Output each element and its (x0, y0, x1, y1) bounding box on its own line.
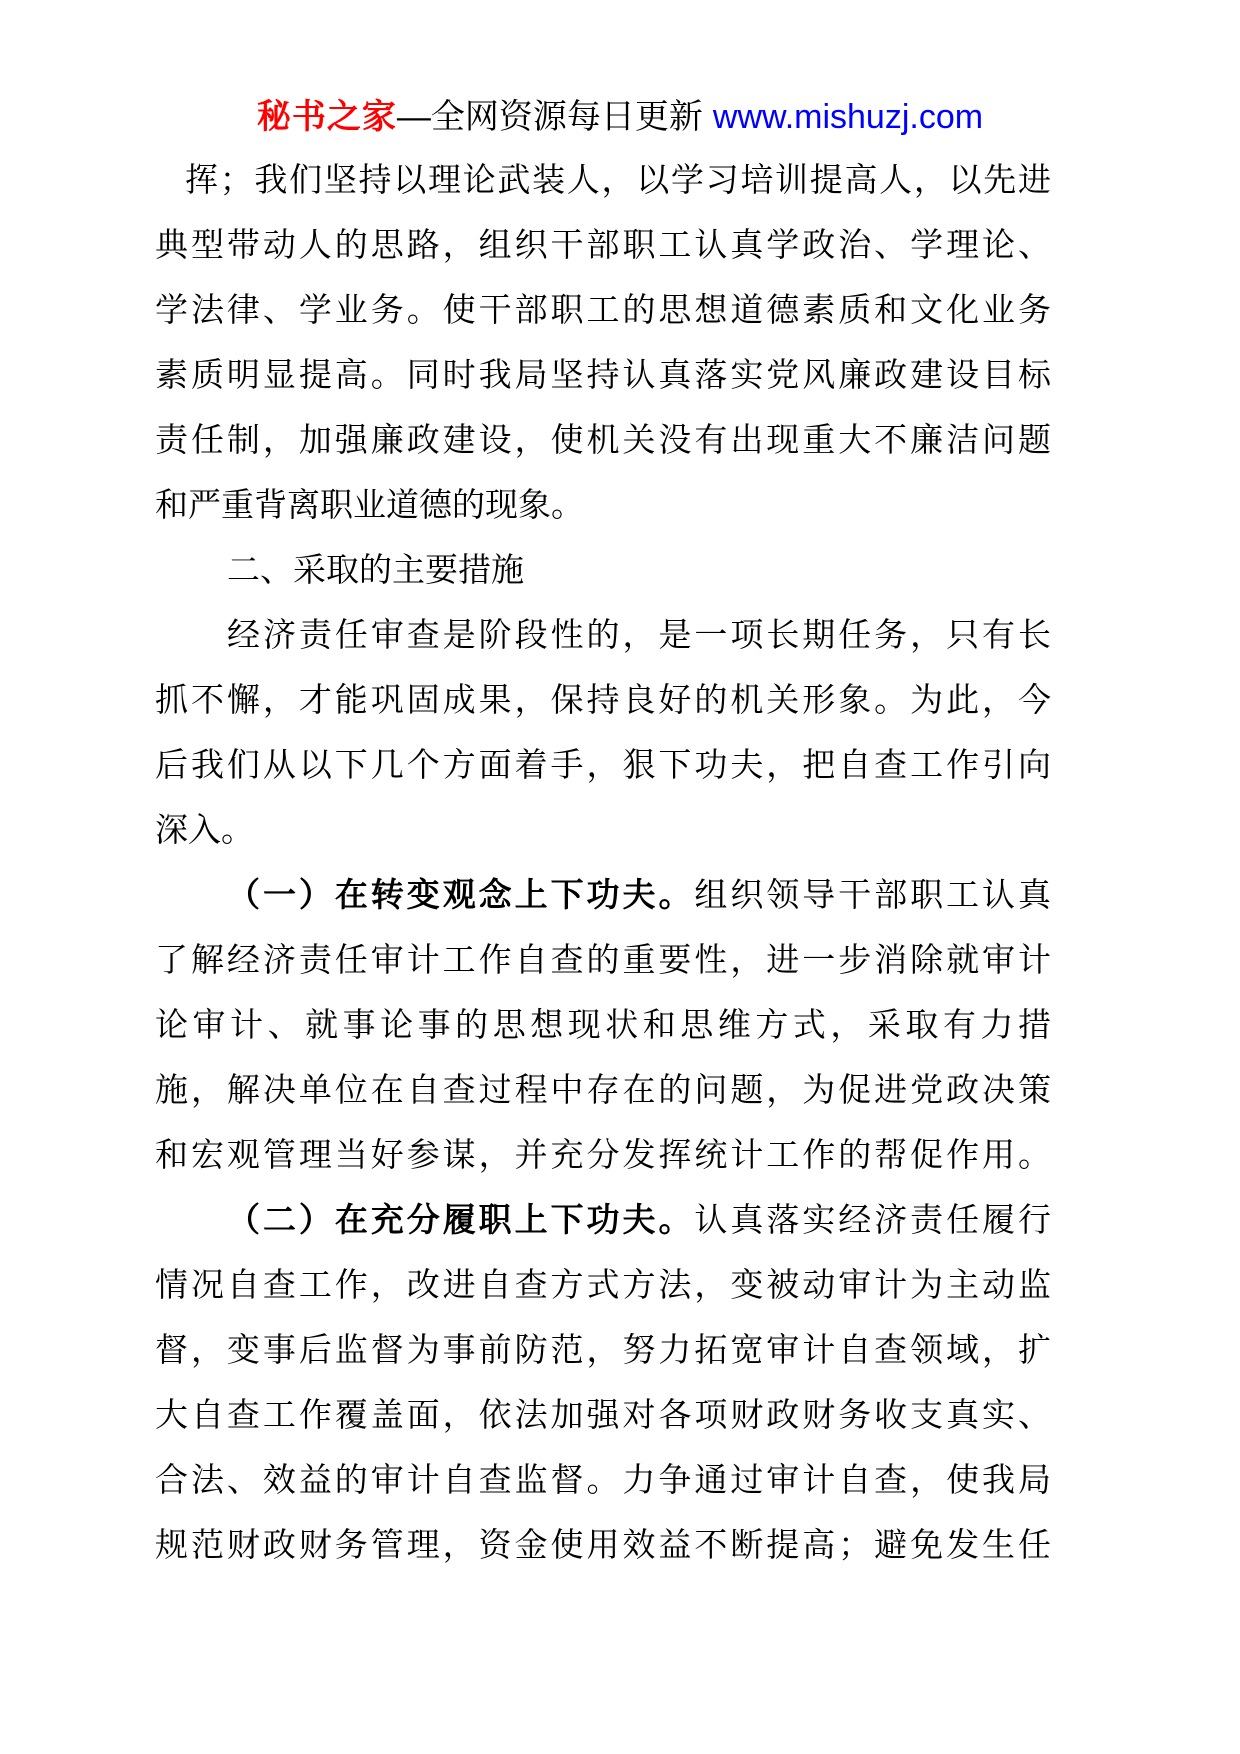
text-line: 二、采取的主要措施 (155, 537, 1051, 602)
body-text: 大自查工作覆盖面，依法加强对各项财政财务收支真实、 (155, 1396, 1051, 1433)
page-header: 秘书之家—全网资源每日更新www.mishuzj.com (0, 94, 1240, 140)
body-text: 深入。 (155, 811, 254, 848)
text-line: 论审计、就事论事的思想现状和思维方式，采取有力措 (155, 992, 1051, 1057)
text-line: 素质明显提高。同时我局坚持认真落实党风廉政建设目标 (155, 342, 1051, 407)
body-text: 施，解决单位在自查过程中存在的问题，为促进党政决策 (155, 1071, 1051, 1108)
body-text: 认真落实经济责任履行 (694, 1201, 1051, 1238)
text-line: 大自查工作覆盖面，依法加强对各项财政财务收支真实、 (155, 1382, 1051, 1447)
body-text: 情况自查工作，改进自查方式方法，变被动审计为主动监 (155, 1266, 1051, 1303)
text-line: 后我们从以下几个方面着手，狠下功夫，把自查工作引向 (155, 732, 1051, 797)
text-line: 情况自查工作，改进自查方式方法，变被动审计为主动监 (155, 1252, 1051, 1317)
body-text: 挥；我们坚持以理论武装人，以学习培训提高人，以先进 (185, 161, 1051, 198)
heading-bold-text: （一）在转变观念上下功夫。 (227, 876, 694, 913)
text-line: 挥；我们坚持以理论武装人，以学习培训提高人，以先进 (155, 147, 1051, 212)
text-line: 深入。 (155, 797, 1051, 862)
text-line: 典型带动人的思路，组织干部职工认真学政治、学理论、 (155, 212, 1051, 277)
text-line: 和宏观管理当好参谋，并充分发挥统计工作的帮促作用。 (155, 1122, 1051, 1187)
body-text: 典型带动人的思路，组织干部职工认真学政治、学理论、 (155, 226, 1051, 263)
body-text: 规范财政财务管理，资金使用效益不断提高；避免发生任 (155, 1526, 1051, 1563)
body-text: 督，变事后监督为事前防范，努力拓宽审计自查领域，扩 (155, 1331, 1051, 1368)
document-page: 秘书之家—全网资源每日更新www.mishuzj.com 挥；我们坚持以理论武装… (0, 0, 1240, 1754)
body-text: 和严重背离职业道德的现象。 (155, 486, 584, 523)
text-line: 了解经济责任审计工作自查的重要性，进一步消除就审计 (155, 927, 1051, 992)
brand-name: 秘书之家 (257, 98, 397, 136)
body-text: 抓不懈，才能巩固成果，保持良好的机关形象。为此，今 (155, 681, 1051, 718)
body-text: 责任制，加强廉政建设，使机关没有出现重大不廉洁问题 (155, 421, 1051, 458)
body-text: 和宏观管理当好参谋，并充分发挥统计工作的帮促作用。 (155, 1136, 1051, 1173)
text-line: 抓不懈，才能巩固成果，保持良好的机关形象。为此，今 (155, 667, 1051, 732)
body-text: 组织领导干部职工认真 (694, 876, 1051, 913)
text-line: 施，解决单位在自查过程中存在的问题，为促进党政决策 (155, 1057, 1051, 1122)
header-tagline: 全网资源每日更新 (431, 98, 703, 136)
body-text: 了解经济责任审计工作自查的重要性，进一步消除就审计 (155, 941, 1051, 978)
document-body: 挥；我们坚持以理论武装人，以学习培训提高人，以先进典型带动人的思路，组织干部职工… (155, 147, 1051, 1577)
text-line: 责任制，加强廉政建设，使机关没有出现重大不廉洁问题 (155, 407, 1051, 472)
text-line: （一）在转变观念上下功夫。组织领导干部职工认真 (155, 862, 1051, 927)
body-text: 合法、效益的审计自查监督。力争通过审计自查，使我局 (155, 1461, 1051, 1498)
body-text: 二、采取的主要措施 (227, 551, 524, 588)
text-line: 规范财政财务管理，资金使用效益不断提高；避免发生任 (155, 1512, 1051, 1577)
text-line: 合法、效益的审计自查监督。力争通过审计自查，使我局 (155, 1447, 1051, 1512)
text-line: 和严重背离职业道德的现象。 (155, 472, 1051, 537)
header-separator: — (397, 98, 431, 136)
heading-bold-text: （二）在充分履职上下功夫。 (227, 1201, 694, 1238)
body-text: 经济责任审查是阶段性的，是一项长期任务，只有长 (227, 616, 1051, 653)
text-line: （二）在充分履职上下功夫。认真落实经济责任履行 (155, 1187, 1051, 1252)
text-line: 学法律、学业务。使干部职工的思想道德素质和文化业务 (155, 277, 1051, 342)
body-text: 学法律、学业务。使干部职工的思想道德素质和文化业务 (155, 291, 1051, 328)
body-text: 后我们从以下几个方面着手，狠下功夫，把自查工作引向 (155, 746, 1051, 783)
header-url-link[interactable]: www.mishuzj.com (713, 98, 983, 136)
text-line: 督，变事后监督为事前防范，努力拓宽审计自查领域，扩 (155, 1317, 1051, 1382)
text-line: 经济责任审查是阶段性的，是一项长期任务，只有长 (155, 602, 1051, 667)
body-text: 素质明显提高。同时我局坚持认真落实党风廉政建设目标 (155, 356, 1051, 393)
body-text: 论审计、就事论事的思想现状和思维方式，采取有力措 (155, 1006, 1051, 1043)
